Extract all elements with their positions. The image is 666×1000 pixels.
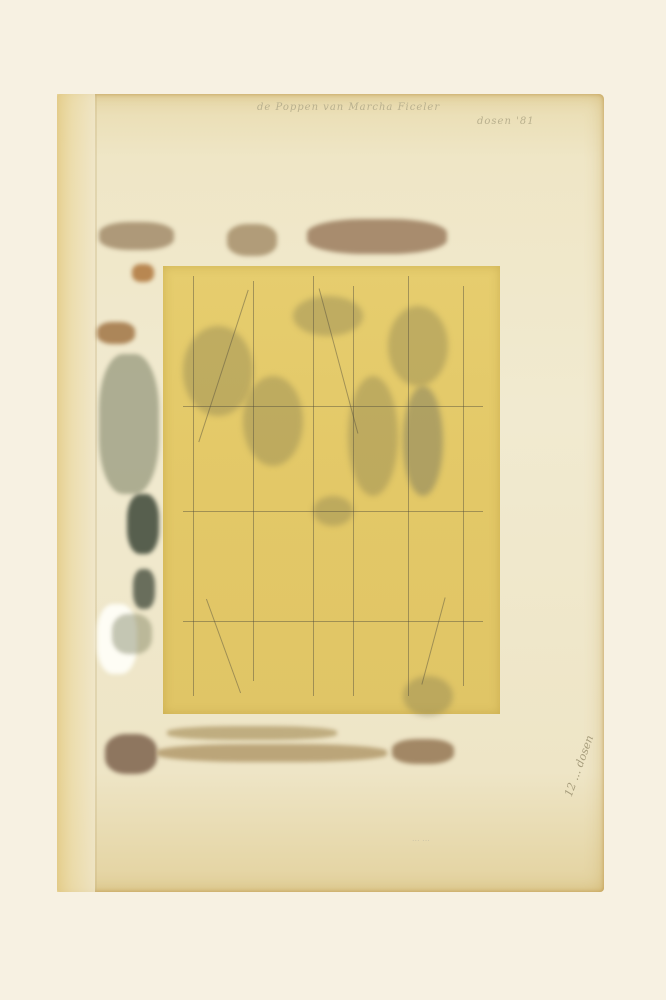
paper-sheet: de Poppen van Marcha Ficeler dosen '81 1… [57, 94, 604, 892]
paper-fold-line [95, 94, 97, 892]
paper-spine-edge [57, 94, 95, 892]
inscription-faint: ... ... [412, 834, 430, 843]
inscription-side-note: 12 ... dosen [562, 733, 596, 798]
inscription-date: dosen '81 [477, 116, 535, 127]
yellow-drawing-sheet [163, 266, 500, 714]
inscription-title: de Poppen van Marcha Ficeler [257, 102, 440, 113]
